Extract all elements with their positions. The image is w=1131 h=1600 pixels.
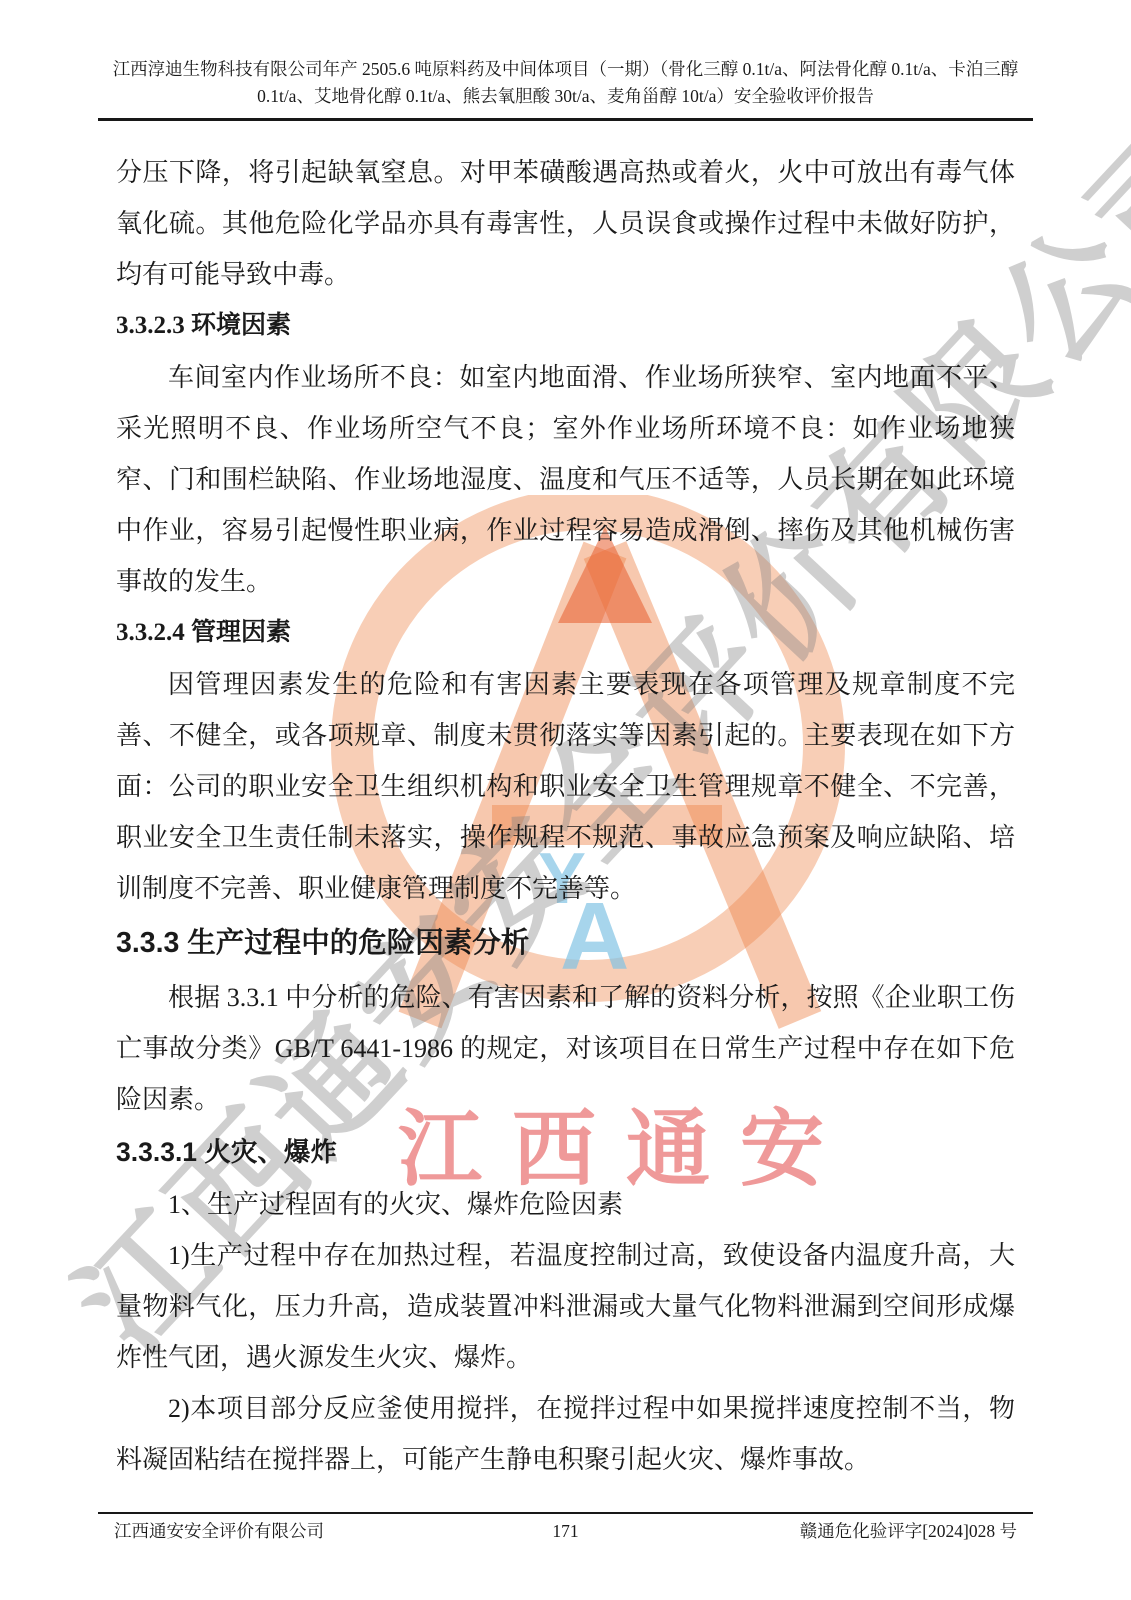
paragraph-toxicity: 分压下降，将引起缺氧窒息。对甲苯磺酸遇高热或着火，火中可放出有毒气体氧化硫。其他… [116,147,1015,300]
paragraph-heating-process: 1)生产过程中存在加热过程，若温度控制过高，致使设备内温度升高，大量物料气化，压… [116,1230,1015,1383]
heading-fire-explosion: 3.3.3.1 火灾、爆炸 [116,1125,1015,1179]
document-page: Y A 江西通安安全评价有限公司 江西通安 江西淳迪生物科技有限公司年产 250… [0,0,1131,1600]
page-footer: 江西通安安全评价有限公司 171 赣通危化验评字[2024]028 号 [98,1512,1033,1542]
paragraph-management: 因管理因素发生的危险和有害因素主要表现在各项管理及规章制度不完善、不健全，或各项… [116,659,1015,914]
report-title: 江西淳迪生物科技有限公司年产 2505.6 吨原料药及中间体项目（一期）（骨化三… [98,56,1033,110]
heading-management-factors: 3.3.2.4 管理因素 [116,607,1015,659]
footer-page-number: 171 [526,1520,606,1542]
document-body: 分压下降，将引起缺氧窒息。对甲苯磺酸遇高热或着火，火中可放出有毒气体氧化硫。其他… [116,147,1015,1485]
footer-company: 江西通安安全评价有限公司 [114,1520,526,1542]
paragraph-stirring: 2)本项目部分反应釜使用搅拌，在搅拌过程中如果搅拌速度控制不当，物料凝固粘结在搅… [116,1383,1015,1485]
heading-production-hazard-analysis: 3.3.3 生产过程中的危险因素分析 [116,914,1015,972]
heading-environment-factors: 3.3.2.3 环境因素 [116,300,1015,352]
paragraph-environment: 车间室内作业场所不良：如室内地面滑、作业场所狭窄、室内地面不平、采光照明不良、作… [116,352,1015,607]
footer-doc-number: 赣通危化验评字[2024]028 号 [606,1520,1018,1542]
paragraph-inherent-hazards: 1、生产过程固有的火灾、爆炸危险因素 [116,1179,1015,1230]
paragraph-basis: 根据 3.3.1 中分析的危险、有害因素和了解的资料分析，按照《企业职工伤亡事故… [116,972,1015,1125]
page-header: 江西淳迪生物科技有限公司年产 2505.6 吨原料药及中间体项目（一期）（骨化三… [98,56,1033,121]
